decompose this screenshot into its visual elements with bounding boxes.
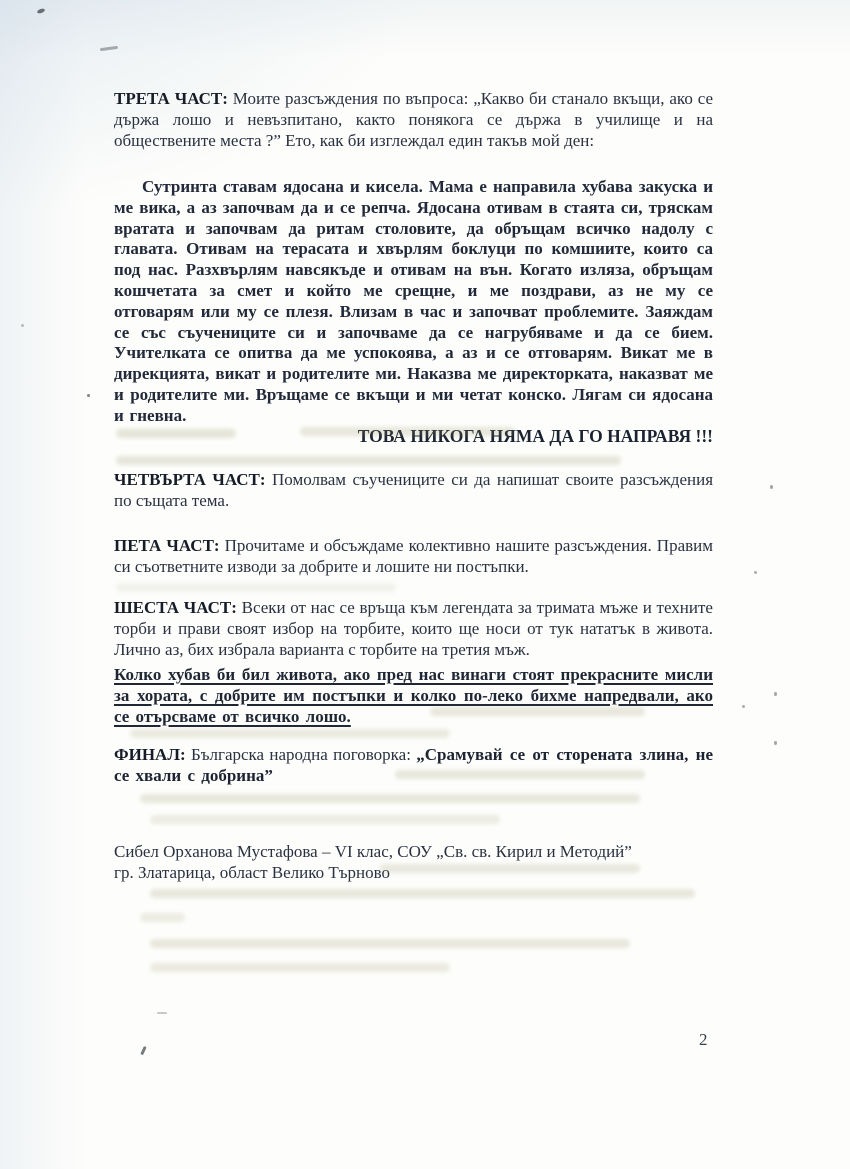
bleed-through-line (130, 729, 450, 738)
part4-heading: ЧЕТВЪРТА ЧАСТ: (114, 470, 266, 489)
part4-paragraph: ЧЕТВЪРТА ЧАСТ: Помолвам съучениците си д… (114, 469, 713, 511)
bleed-through-line (300, 427, 515, 436)
part3-paragraph: ТРЕТА ЧАСТ: Моите разсъждения по въпроса… (114, 88, 713, 151)
scan-speck (21, 324, 24, 327)
scan-speck (770, 485, 773, 489)
part5-paragraph: ПЕТА ЧАСТ: Прочитаме и обсъждаме колекти… (114, 535, 713, 577)
part5-heading: ПЕТА ЧАСТ: (114, 536, 220, 555)
bleed-through-line (140, 794, 640, 803)
final-heading: ФИНАЛ: (114, 745, 186, 764)
signature-block: Сибел Орханова Мустафова – VI клас, СОУ … (114, 841, 713, 883)
part6-paragraph: ШЕСТА ЧАСТ: Всеки от нас се връща към ле… (114, 597, 713, 661)
final-text: Българска народна поговорка: (191, 745, 411, 764)
final-paragraph: ФИНАЛ: Българска народна поговорка: „Сра… (114, 744, 713, 786)
bleed-through-line (140, 913, 185, 922)
part3-heading: ТРЕТА ЧАСТ: (114, 89, 228, 108)
story-paragraph: Сутринта ставам ядосана и кисела. Мама е… (114, 177, 713, 427)
scan-speck (774, 741, 777, 745)
scan-speck (157, 1012, 167, 1014)
bleed-through-line (380, 864, 640, 873)
scan-speck (37, 8, 46, 14)
bleed-through-line (116, 456, 621, 465)
bleed-through-line (150, 889, 695, 898)
bleed-through-line (150, 815, 500, 824)
scan-speck (87, 394, 90, 397)
scan-speck (140, 1046, 146, 1055)
bleed-through-line (116, 429, 236, 438)
bleed-through-line (150, 939, 630, 948)
bleed-through-line (395, 770, 645, 779)
bleed-through-line (430, 707, 645, 716)
scanned-document-page: ТРЕТА ЧАСТ: Моите разсъждения по въпроса… (0, 0, 850, 1169)
scan-speck (100, 46, 118, 51)
page-number: 2 (699, 1030, 708, 1050)
signature-line-1: Сибел Орханова Мустафова – VI клас, СОУ … (114, 841, 713, 862)
scan-speck (754, 571, 757, 574)
bleed-through-line (116, 583, 396, 592)
bleed-through-line (150, 963, 450, 972)
part6-heading: ШЕСТА ЧАСТ: (114, 598, 237, 617)
part6-emphasis-paragraph: Колко хубав би бил живота, ако пред нас … (114, 664, 713, 728)
scan-speck (774, 692, 777, 696)
scan-speck (742, 705, 745, 708)
